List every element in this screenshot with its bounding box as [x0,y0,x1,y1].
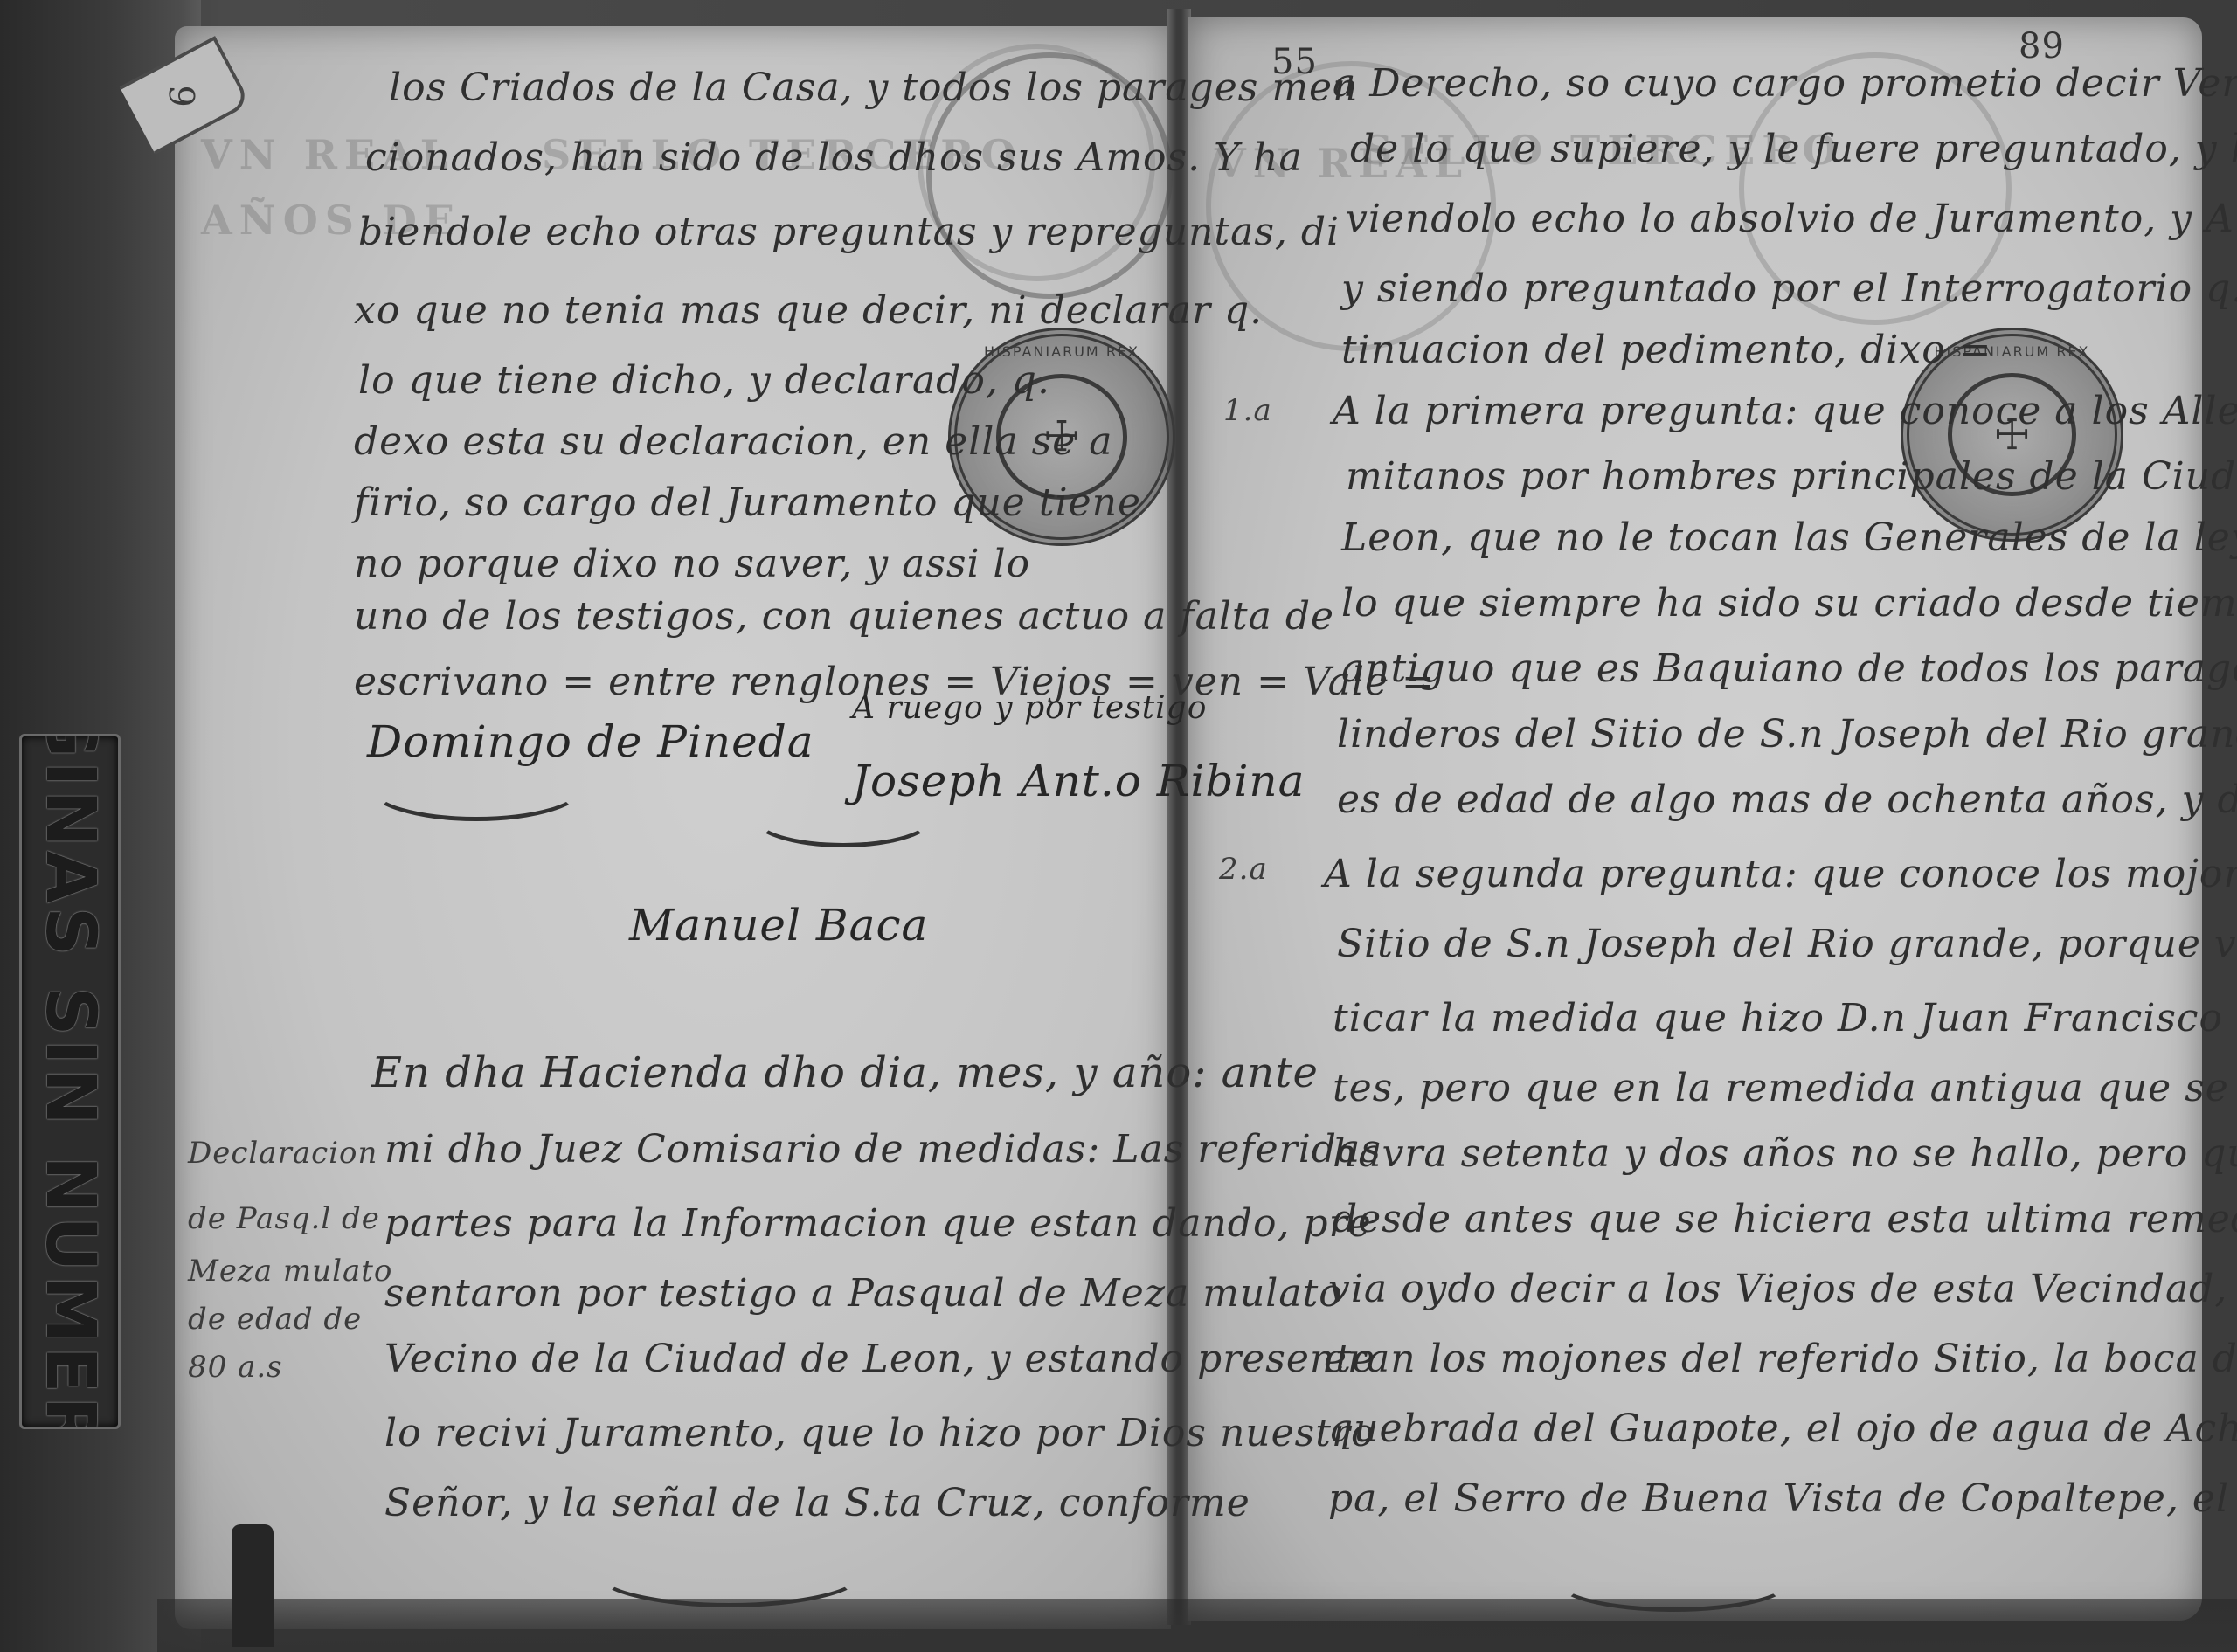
paragraph-line: lo recivi Juramento, que lo hizo por Dio… [384,1411,1375,1455]
manuscript-line: de lo que supiere, y le fuere preguntado… [1350,127,2237,171]
manuscript-line: tes, pero que en la remedida antigua que… [1333,1066,2237,1110]
paragraph-line: mi dho Juez Comisario de medidas: Las re… [384,1127,1382,1172]
manuscript-line: quebrada del Guapote, el ojo de agua de … [1328,1407,2237,1451]
paragraph-line: Señor, y la señal de la S.ta Cruz, confo… [384,1481,1250,1525]
manuscript-line: cionados, han sido de los dhos sus Amos.… [365,135,1303,180]
signature-flourish [367,751,585,821]
book-clip [232,1524,274,1647]
page-bottom-edge [157,1599,2237,1652]
signature-note: A ruego y por testigo [852,690,1207,726]
manuscript-line: ticar la medida que hizo D.n Juan Franci… [1333,996,2237,1040]
spine-label: PAGINAS SIN NUMERAR [19,734,121,1429]
manuscript-line: eran los mojones del referido Sitio, la … [1324,1337,2237,1381]
manuscript-line: pa, el Serro de Buena Vista de Copaltepe… [1328,1476,2237,1521]
margin-note-line: Declaracion [188,1136,377,1171]
corner-tab-number: 6 [163,84,204,107]
question-number: 1.a [1223,393,1272,428]
signature: Joseph Ant.o Ribina [852,756,1305,806]
manuscript-line: no porque dixo no saver, y assi lo [354,542,1030,586]
manuscript-line: Sitio de S.n Joseph del Rio grande, porq… [1337,922,2237,966]
manuscript-line: A la segunda pregunta: que conoce los mo… [1324,852,2237,896]
signature-flourish [751,786,935,847]
manuscript-line: A la primera pregunta: que conoce a los … [1333,389,2237,433]
manuscript-line: y siendo preguntado por el Interrogatori… [1341,266,2237,311]
spine-label-text: PAGINAS SIN NUMERAR [31,734,109,1429]
manuscript-line: viendolo echo lo absolvio de Juramento, … [1346,197,2237,241]
manuscript-line: uno de los testigos, con quienes actuo a… [354,594,1334,639]
manuscript-line: antiguo que es Baquiano de todos los par… [1341,646,2237,691]
margin-note-line: de edad de [188,1302,362,1337]
manuscript-line: via oydo decir a los Viejos de esta Veci… [1328,1267,2237,1311]
manuscript-line: es de edad de algo mas de ochenta años, … [1337,778,2237,822]
manuscript-line: a Derecho, so cuyo cargo prometio decir … [1333,61,2237,106]
manuscript-line: firio, so cargo del Juramento que tiene [354,480,1141,525]
manuscript-line: dexo esta su declaracion, en ella se a [354,419,1112,464]
manuscript-line: lo que tiene dicho, y declarado, q. [358,358,1050,403]
manuscript-line: lo que siempre ha sido su criado desde t… [1341,581,2237,626]
manuscript-line: desde antes que se hiciera esta ultima r… [1333,1197,2237,1241]
manuscript-line: los Criados de la Casa, y todos los para… [389,66,1358,110]
manuscript-line: xo que no tenia mas que decir, ni declar… [354,288,1263,333]
margin-note-line: Meza mulato [188,1254,392,1289]
manuscript-line: tinuacion del pedimento, dixo = [1341,328,1992,372]
closing-flourish [594,1538,865,1607]
manuscript-line: linderos del Sitio de S.n Joseph del Rio… [1337,712,2237,757]
signature: Manuel Baca [629,900,928,950]
manuscript-line: Leon, que no le tocan las Generales de l… [1341,515,2237,560]
paragraph-line: partes para la Informacion que estan dan… [384,1201,1372,1246]
folio-number: 55 [1271,42,1318,82]
question-number: 2.a [1219,852,1268,887]
manuscript-line: havra setenta y dos años no se hallo, pe… [1333,1131,2237,1176]
paragraph-line: sentaron por testigo a Pasqual de Meza m… [384,1271,1343,1316]
paragraph-line: En dha Hacienda dho dia, mes, y año: ant… [371,1048,1319,1097]
manuscript-line: biendole echo otras preguntas y repregun… [358,210,1340,254]
manuscript-line: mitanos por hombres principales de la Ci… [1346,454,2237,499]
paragraph-line: Vecino de la Ciudad de Leon, y estando p… [384,1337,1375,1381]
closing-flourish [1555,1551,1791,1612]
margin-note-line: de Pasq.l de [188,1201,380,1236]
margin-note-line: 80 a.s [188,1350,283,1385]
